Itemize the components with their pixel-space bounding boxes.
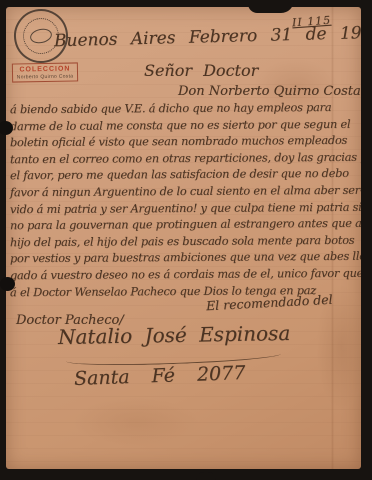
body-line: gado á vuestro deseo no es á cordais mas… <box>10 267 361 286</box>
scan-tear-notch-bottom <box>196 472 216 480</box>
collection-stamp-title: COLECCION <box>15 65 75 73</box>
salutation-line1: Señor Doctor <box>144 61 258 80</box>
hole-punch <box>0 277 15 291</box>
seal-core <box>29 27 53 45</box>
salutation-line2: Don Norberto Quirno Costa <box>178 84 361 99</box>
letter-body: á biendo sabido que V.E. á dicho que no … <box>10 102 361 301</box>
signature: Natalio José Espinosa <box>58 321 291 349</box>
address-line: Santa Fé 2077 <box>74 362 246 390</box>
collection-stamp: COLECCION Norberto Quirno Costa <box>12 62 78 82</box>
body-line: no para la gouvernan que protinguen al e… <box>10 217 361 236</box>
body-line: á biendo sabido que V.E. á dicho que no … <box>10 101 361 120</box>
body-line: favor á ningun Arguentino de lo cual sie… <box>10 184 361 203</box>
letter-scan: COLECCION Norberto Quirno Costa II 115 B… <box>0 0 372 480</box>
paper-stain <box>46 387 226 457</box>
collection-stamp-owner: Norberto Quirno Costa <box>15 73 75 80</box>
letter-paper: COLECCION Norberto Quirno Costa II 115 B… <box>6 7 361 469</box>
dateline: Buenos Aires Febrero 31 de 1900 <box>54 23 361 52</box>
scan-tear-notch-top <box>248 0 294 13</box>
